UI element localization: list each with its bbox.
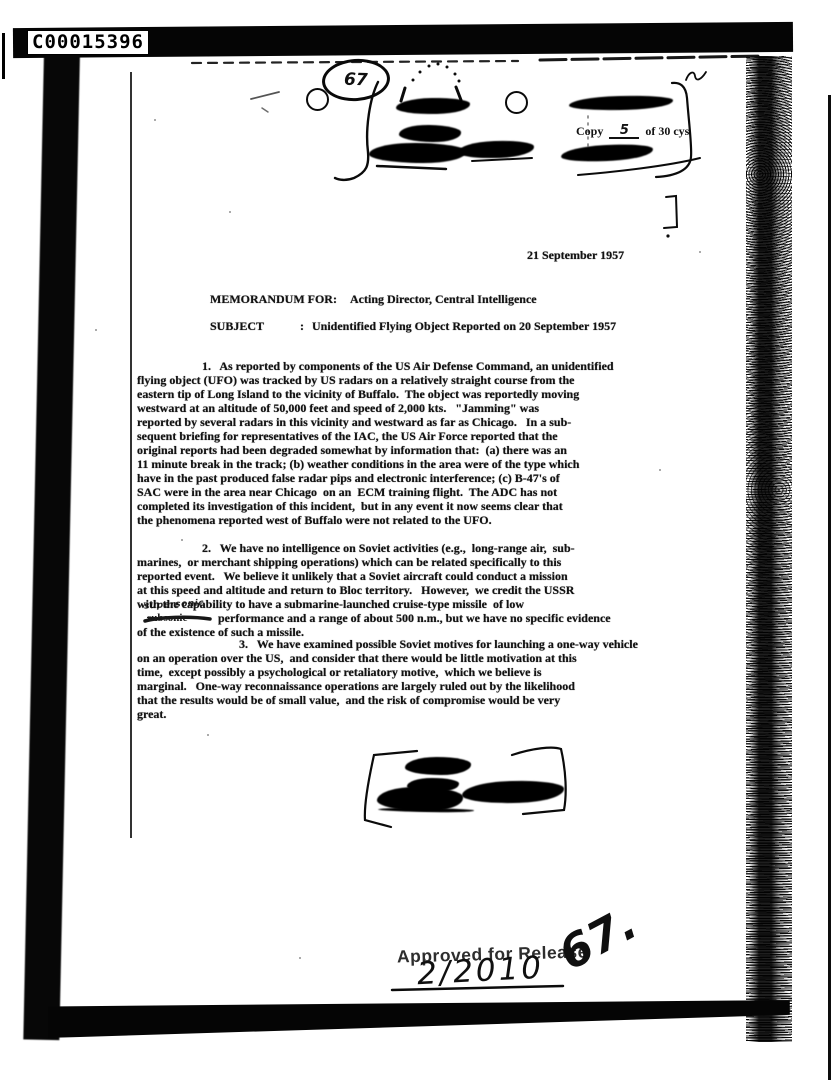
redaction-mark (458, 140, 535, 160)
paragraph-3: 3. We have examined possible Soviet moti… (137, 637, 655, 721)
memo-for-label: MEMORANDUM FOR: (210, 292, 337, 307)
text-line: sequent briefing for representatives of … (137, 429, 655, 443)
redaction-mark (399, 124, 461, 142)
text-line: on an operation over the US, and conside… (137, 651, 655, 665)
copy-prefix: Copy (576, 124, 603, 139)
stamp-circle-left (306, 88, 329, 111)
stamp-circle-right (505, 91, 528, 114)
text-line: original reports had been degraded somew… (137, 443, 655, 457)
release-date-handwritten: 2/2010 (416, 950, 545, 993)
redaction-mark (405, 757, 471, 775)
redaction-mark (561, 143, 654, 164)
text-line: 3. We have examined possible Soviet moti… (137, 637, 655, 651)
redaction-mark (369, 143, 466, 164)
text-line: marines, or merchant shipping operations… (137, 555, 655, 569)
doc-id-label: C00015396 (27, 30, 149, 55)
text-line: 2. We have no intelligence on Soviet act… (137, 541, 655, 555)
far-left-edge-line (2, 33, 5, 79)
text-line: completed its investigation of this inci… (137, 499, 655, 513)
strikethrough-word: subsonic (147, 612, 187, 624)
text-line: SAC were in the area near Chicago on an … (137, 485, 655, 499)
text-line: westward at an altitude of 50,000 feet a… (137, 401, 655, 415)
date-line: 21 September 1957 (527, 248, 624, 263)
paragraph-2: 2. We have no intelligence on Soviet act… (137, 541, 655, 639)
text-line: with the capability to have a submarine-… (137, 597, 655, 611)
text-line: 1. As reported by components of the US A… (137, 359, 655, 373)
text-line: great. (137, 707, 655, 721)
redaction-mark (462, 780, 565, 805)
right-edge-line (828, 95, 831, 1080)
handwritten-page-number: 67. (550, 896, 645, 980)
paragraph-1: 1. As reported by components of the US A… (137, 359, 655, 527)
bottom-scan-border-bar (48, 1000, 790, 1038)
memo-for-recipient: Acting Director, Central Intelligence (350, 292, 537, 307)
text-line: marginal. One-way reconnaissance operati… (137, 679, 655, 693)
text-line: that the results would be of small value… (137, 693, 655, 707)
text-line: reported by several radars in this vicin… (137, 415, 655, 429)
text-line: the phenomena reported west of Buffalo w… (137, 513, 655, 527)
copy-suffix: of 30 cys (645, 124, 689, 139)
copy-notation: Copy 5 of 30 cys (576, 124, 689, 139)
redaction-mark (378, 807, 474, 813)
right-scan-edge-band (746, 56, 792, 1042)
circled-page-number-text: 67 (344, 70, 368, 91)
left-margin-line (130, 72, 132, 838)
circled-page-number: 67 (321, 57, 392, 104)
subject-separator: : (300, 319, 304, 334)
subject-label: SUBJECT (210, 319, 264, 334)
scanned-document-page: C00015396 (0, 0, 839, 1080)
text-line: performance and a range of about 500 n.m… (137, 611, 655, 625)
text-line: flying object (UFO) was tracked by US ra… (137, 373, 655, 387)
subject-value: Unidentified Flying Object Reported on 2… (312, 319, 616, 334)
copy-number-handwritten: 5 (609, 125, 639, 139)
redaction-mark (396, 97, 470, 114)
text-line: have in the past produced false radar pi… (137, 471, 655, 485)
text-line: 11 minute break in the track; (b) weathe… (137, 457, 655, 471)
redaction-mark (569, 95, 673, 112)
text-line: eastern tip of Long Island to the vicini… (137, 387, 655, 401)
text-line: at this speed and altitude and return to… (137, 583, 655, 597)
text-line: time, except possibly a psychological or… (137, 665, 655, 679)
left-scan-edge-band (23, 52, 80, 1041)
text-line: reported event. We believe it unlikely t… (137, 569, 655, 583)
